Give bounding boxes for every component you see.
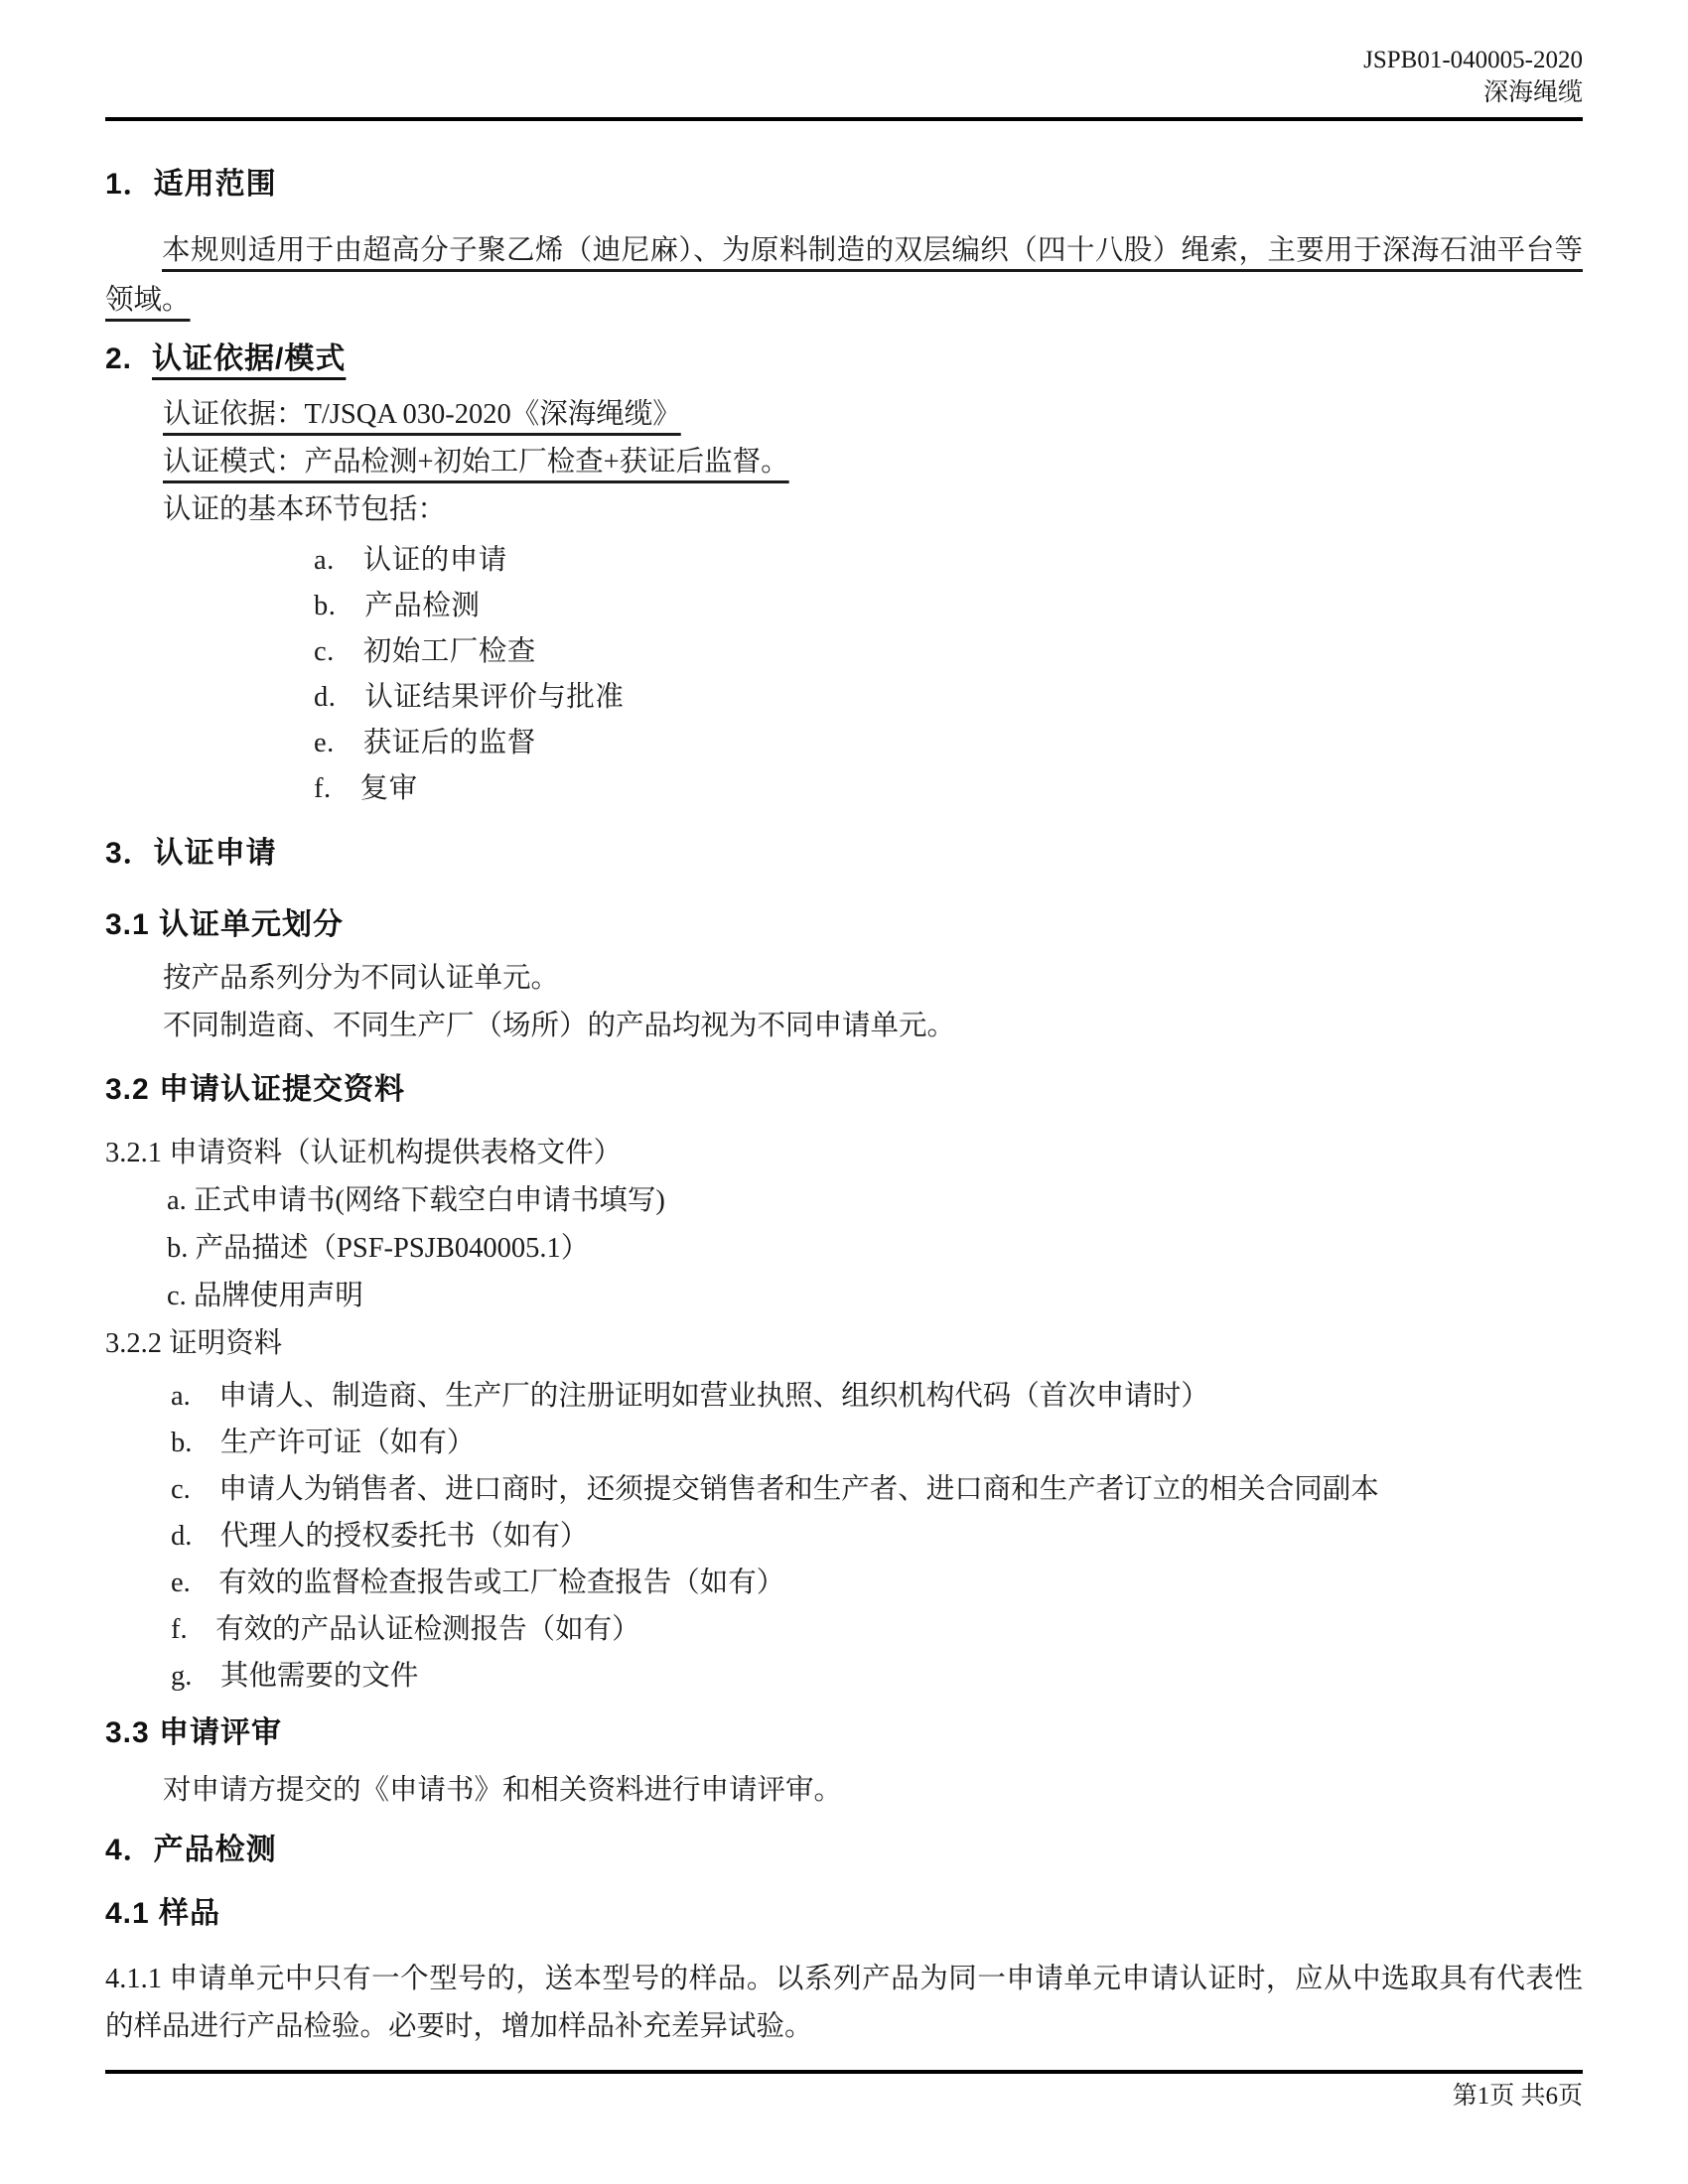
section-3-1-paragraph-2: 不同制造商、不同生产厂（场所）的产品均视为不同申请单元。 bbox=[105, 1003, 1583, 1050]
page-number: 第1页 共6页 bbox=[1453, 2083, 1583, 2110]
section-2-title: 认证依据/模式 bbox=[152, 342, 346, 375]
cert-mode-line: 认证模式：产品检测+初始工厂检查+获证后监督。 bbox=[105, 439, 1583, 486]
application-docs-list: a. 正式申请书(网络下载空白申请书填写) b. 产品描述（PSF-PSJB04… bbox=[167, 1177, 1583, 1320]
section-2-number: 2. bbox=[105, 342, 132, 375]
basic-step-item: c. 初始工厂检查 bbox=[314, 629, 1583, 675]
document-body: 1．适用范围 本规则适用于由超高分子聚乙烯（迪尼麻）、为原料制造的双层编织（四十… bbox=[105, 139, 1583, 2051]
header-rule bbox=[105, 117, 1583, 121]
section-3-heading: 3．认证申请 bbox=[105, 836, 1583, 872]
application-doc-item: a. 正式申请书(网络下载空白申请书填写) bbox=[167, 1177, 1583, 1225]
page-footer: 第1页 共6页 bbox=[1453, 2081, 1583, 2113]
basic-step-item: b. 产品检测 bbox=[314, 584, 1583, 629]
proof-doc-item: b. 生产许可证（如有） bbox=[171, 1420, 1583, 1466]
application-doc-item: b. 产品描述（PSF-PSJB040005.1） bbox=[167, 1225, 1583, 1273]
proof-doc-item: a. 申请人、制造商、生产厂的注册证明如营业执照、组织机构代码（首次申请时） bbox=[171, 1373, 1583, 1420]
basic-steps-list: a. 认证的申请 b. 产品检测 c. 初始工厂检查 d. 认证结果评价与批准 … bbox=[314, 538, 1583, 812]
section-3-2-2-heading: 3.2.2 证明资料 bbox=[105, 1320, 1583, 1368]
proof-doc-item: c. 申请人为销售者、进口商时，还须提交销售者和生产者、进口商和生产者订立的相关… bbox=[171, 1466, 1583, 1513]
document-page: JSPB01-040005-2020 深海绳缆 1．适用范围 本规则适用于由超高… bbox=[0, 0, 1688, 2184]
application-doc-item: c. 品牌使用声明 bbox=[167, 1273, 1583, 1320]
section-3-2-heading: 3.2 申请认证提交资料 bbox=[105, 1072, 1583, 1108]
doc-title: 深海绳缆 bbox=[1363, 76, 1583, 109]
basic-steps-intro: 认证的基本环节包括： bbox=[105, 486, 1583, 534]
section-3-1-paragraph-1: 按产品系列分为不同认证单元。 bbox=[105, 955, 1583, 1003]
section-3-3-paragraph: 对申请方提交的《申请书》和相关资料进行申请评审。 bbox=[105, 1767, 1583, 1815]
section-3-3-heading: 3.3 申请评审 bbox=[105, 1715, 1583, 1751]
footer-rule bbox=[105, 2070, 1583, 2074]
proof-docs-list: a. 申请人、制造商、生产厂的注册证明如营业执照、组织机构代码（首次申请时） b… bbox=[171, 1373, 1583, 1700]
proof-doc-item: g. 其他需要的文件 bbox=[171, 1653, 1583, 1700]
section-1-heading: 1．适用范围 bbox=[105, 167, 1583, 203]
section-3-2-1-heading: 3.2.1 申请资料（认证机构提供表格文件） bbox=[105, 1130, 1583, 1177]
page-header: JSPB01-040005-2020 深海绳缆 bbox=[1363, 44, 1583, 109]
proof-doc-item: f. 有效的产品认证检测报告（如有） bbox=[171, 1606, 1583, 1653]
doc-number: JSPB01-040005-2020 bbox=[1363, 44, 1583, 76]
basic-step-item: a. 认证的申请 bbox=[314, 538, 1583, 584]
section-4-1-heading: 4.1 样品 bbox=[105, 1896, 1583, 1932]
basic-step-item: e. 获证后的监督 bbox=[314, 721, 1583, 766]
proof-doc-item: e. 有效的监督检查报告或工厂检查报告（如有） bbox=[171, 1560, 1583, 1606]
basic-step-item: f. 复审 bbox=[314, 766, 1583, 812]
proof-doc-item: d. 代理人的授权委托书（如有） bbox=[171, 1513, 1583, 1560]
basic-step-item: d. 认证结果评价与批准 bbox=[314, 675, 1583, 721]
section-1-paragraph: 本规则适用于由超高分子聚乙烯（迪尼麻）、为原料制造的双层编织（四十八股）绳索，主… bbox=[105, 226, 1583, 326]
section-2-heading: 2.认证依据/模式 bbox=[105, 341, 1583, 377]
section-4-1-1-paragraph: 4.1.1 申请单元中只有一个型号的，送本型号的样品。以系列产品为同一申请单元申… bbox=[105, 1956, 1583, 2051]
cert-basis-line: 认证依据：T/JSQA 030-2020《深海绳缆》 bbox=[105, 391, 1583, 439]
section-4-heading: 4．产品检测 bbox=[105, 1833, 1583, 1868]
section-3-1-heading: 3.1 认证单元划分 bbox=[105, 907, 1583, 943]
